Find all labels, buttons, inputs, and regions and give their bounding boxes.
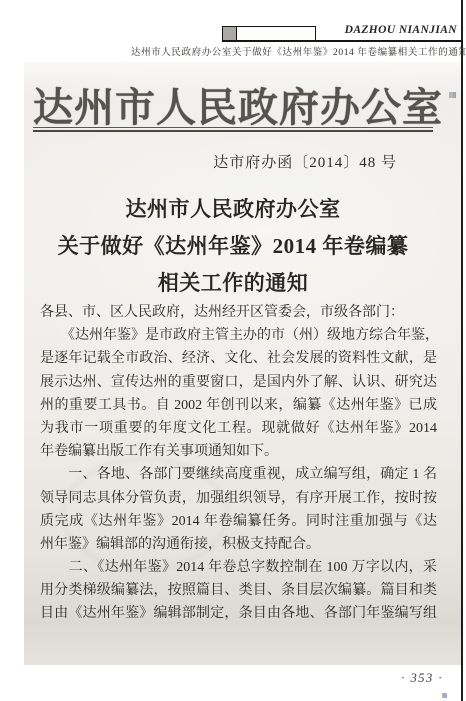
journal-name: DAZHOU NIANJIAN: [345, 24, 457, 36]
scan-noise-speck: [449, 92, 456, 98]
body-line: 展示达州、宣传达州的重要窗口，是国内外了解、认识、研究达: [40, 371, 437, 394]
masthead-office-name: 达州市人民政府办公室: [33, 76, 433, 133]
body-line: 目由《达州年鉴》编辑部制定，条目由各地、各部门年鉴编写组: [40, 602, 437, 625]
document-number: 达市府办函〔2014〕48 号: [33, 151, 433, 172]
body-line: 为我市一项重要的年度文化工程。现就做好《达州年鉴》2014: [40, 417, 437, 440]
document-body: 各县、市、区人民政府，达州经开区管委会，市级各部门： 《达州年鉴》是市政府主管主…: [40, 301, 437, 626]
body-line: 《达州年鉴》是市政府主管主办的市（州）级地方综合年鉴，: [40, 324, 437, 347]
document-title-line: 相关工作的通知: [0, 265, 466, 302]
body-line: 一、各地、各部门要继续高度重视，成立编写组，确定 1 名: [40, 463, 437, 486]
body-line: 用分类梯级编纂法，按照篇目、类目、条目层次编纂。篇目和类: [40, 579, 437, 602]
body-line: 是逐年记载全市政治、经济、文化、社会发展的资料性文献，是: [40, 347, 437, 370]
masthead-rule-top: [33, 127, 433, 129]
document-title: 达州市人民政府办公室 关于做好《达州年鉴》2014 年卷编纂 相关工作的通知: [0, 191, 466, 302]
body-line: 州年鉴》编辑部的沟通衔接，积极支持配合。: [40, 533, 437, 556]
page-number: · 353 ·: [401, 671, 443, 686]
body-line: 州的重要工具书。自 2002 年创刊以来，编纂《达州年鉴》已成: [40, 394, 437, 417]
masthead-rule-bottom: [33, 130, 433, 132]
scanned-document-page: DAZHOU NIANJIAN 达州市人民政府办公室关于做好《达州年鉴》2014…: [0, 0, 466, 701]
header-rule: [222, 40, 462, 42]
document-title-line: 达州市人民政府办公室: [0, 191, 466, 228]
body-line: 领导同志具体分管负责，加强组织领导，有序开展工作，按时按: [40, 487, 437, 510]
body-line: 年卷编纂出版工作有关事项通知如下。: [40, 440, 437, 463]
running-title: 达州市人民政府办公室关于做好《达州年鉴》2014 年卷编纂相关工作的通知: [131, 44, 461, 58]
body-line: 质完成《达州年鉴》2014 年卷编纂任务。同时注重加强与《达: [40, 510, 437, 533]
document-title-line: 关于做好《达州年鉴》2014 年卷编纂: [0, 228, 466, 265]
body-line: 各县、市、区人民政府，达州经开区管委会，市级各部门：: [40, 301, 437, 324]
scan-noise-speck: [442, 693, 447, 698]
body-line: 二、《达州年鉴》2014 年卷总字数控制在 100 万字以内，采: [40, 556, 437, 579]
header-index-box-cell: [223, 27, 237, 40]
header-index-box: [222, 26, 316, 41]
page-edge-line: [461, 0, 463, 701]
